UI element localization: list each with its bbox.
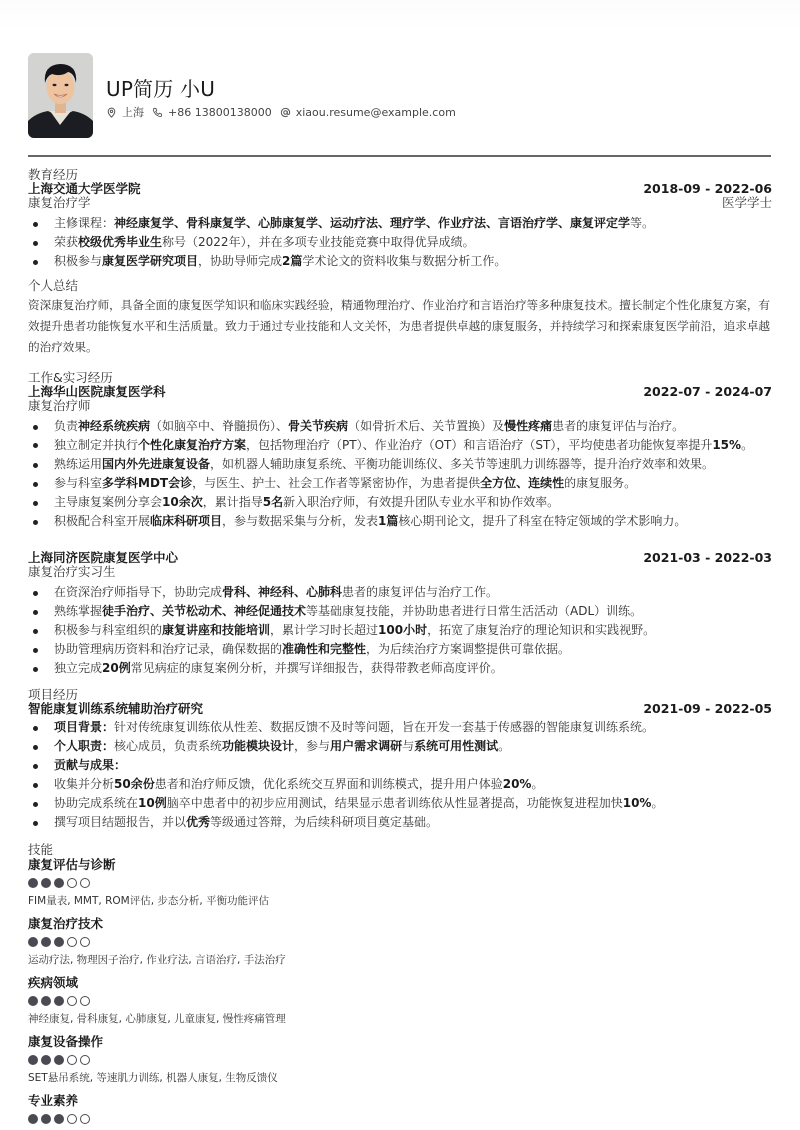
skills-section: 技能 康复评估与诊断FIM量表, MMT, ROM评估, 步态分析, 平衡功能评… bbox=[28, 843, 772, 1124]
bullet-item: 个人职责：核心成员，负责系统功能模块设计，参与用户需求调研与系统可用性测试。 bbox=[28, 737, 772, 756]
highlight-text: 1篇 bbox=[378, 514, 398, 528]
body-text: 参与科室 bbox=[54, 476, 102, 490]
bullet-item: 撰写项目结题报告，并以优秀等级通过答辩，为后续科研项目奠定基础。 bbox=[28, 813, 772, 832]
body-text: 针对传统康复训练依从性差、数据反馈不及时等问题，旨在开发一套基于传感器的智能康复… bbox=[114, 720, 654, 734]
contact-email: xiaou.resume@example.com bbox=[280, 106, 456, 119]
body-text: 荣获 bbox=[54, 235, 78, 249]
highlight-text: 神经康复学、骨科康复学、心肺康复学、运动疗法、理疗学、作业疗法、言语治疗学、康复… bbox=[114, 216, 630, 230]
body-text: 主导康复案例分享会 bbox=[54, 495, 162, 509]
body-text: 撰写项目结题报告，并以 bbox=[54, 815, 186, 829]
body-text: 熟练掌握 bbox=[54, 604, 102, 618]
bullet-item: 熟练掌握徒手治疗、关节松动术、神经促通技术等基础康复技能，并协助患者进行日常生活… bbox=[28, 602, 772, 621]
rating-dot-empty-icon bbox=[67, 996, 77, 1006]
bullet-item: 协助完成系统在10例脑卒中患者中的初步应用测试，结果显示患者训练依从性显著提高，… bbox=[28, 794, 772, 813]
rating-dot-empty-icon bbox=[80, 1114, 90, 1124]
bullet-item: 贡献与成果： bbox=[28, 756, 772, 775]
body-text: 与 bbox=[402, 739, 414, 753]
skill-item: 康复评估与诊断FIM量表, MMT, ROM评估, 步态分析, 平衡功能评估 bbox=[28, 857, 772, 908]
highlight-text: 15% bbox=[712, 438, 741, 452]
bullet-item: 负责神经系统疾病（如脑卒中、脊髓损伤）、骨关节疾病（如骨折术后、关节置换）及慢性… bbox=[28, 417, 772, 436]
highlight-text: 项目背景： bbox=[54, 720, 114, 734]
at-sign-icon bbox=[280, 107, 291, 118]
body-text: 负责 bbox=[54, 419, 78, 433]
skill-rating bbox=[28, 878, 772, 888]
rating-dot-filled-icon bbox=[28, 1114, 38, 1124]
body-text: ，如机器人辅助康复系统、平衡功能训练仪、多关节等速肌力训练器等，提升治疗效率和效… bbox=[210, 457, 714, 471]
highlight-text: 20例 bbox=[102, 661, 131, 675]
rating-dot-empty-icon bbox=[67, 878, 77, 888]
skill-name: 专业素养 bbox=[28, 1093, 772, 1109]
body-text: 核心期刊论文，提升了科室在特定领域的学术影响力。 bbox=[398, 514, 686, 528]
rating-dot-filled-icon bbox=[28, 878, 38, 888]
highlight-text: 骨关节疾病 bbox=[288, 419, 348, 433]
highlight-text: 全方位、连续性 bbox=[480, 476, 564, 490]
body-text: 。 bbox=[741, 438, 753, 452]
rating-dot-filled-icon bbox=[41, 937, 51, 947]
bullet-list: 主修课程：神经康复学、骨科康复学、心肺康复学、运动疗法、理疗学、作业疗法、言语治… bbox=[28, 214, 772, 271]
skill-name: 康复设备操作 bbox=[28, 1034, 772, 1050]
skill-detail: SET悬吊系统, 等速肌力训练, 机器人康复, 生物反馈仪 bbox=[28, 1071, 772, 1085]
location-text: 上海 bbox=[122, 104, 144, 120]
body-text: 。 bbox=[498, 739, 510, 753]
body-text: 核心成员，负责系统 bbox=[114, 739, 222, 753]
work-entry-2: 上海同济医院康复医学中心 2021-03 - 2022-03 康复治疗实习生 在… bbox=[28, 551, 772, 678]
skill-item: 康复设备操作SET悬吊系统, 等速肌力训练, 机器人康复, 生物反馈仪 bbox=[28, 1034, 772, 1085]
location-pin-icon bbox=[106, 107, 117, 118]
entry-header: 上海华山医院康复医学科 2022-07 - 2024-07 bbox=[28, 385, 772, 399]
skill-item: 专业素养 bbox=[28, 1093, 772, 1124]
highlight-text: 神经系统疾病 bbox=[78, 419, 150, 433]
degree: 医学学士 bbox=[722, 196, 772, 209]
rating-dot-filled-icon bbox=[28, 996, 38, 1006]
body-text: 积极配合科室开展 bbox=[54, 514, 150, 528]
highlight-text: 20% bbox=[503, 777, 532, 791]
highlight-text: 慢性疼痛 bbox=[504, 419, 552, 433]
body-text: 新入职治疗师，有效提升团队专业水平和协作效率。 bbox=[283, 495, 559, 509]
section-title: 个人总结 bbox=[28, 279, 772, 293]
rating-dot-filled-icon bbox=[41, 878, 51, 888]
highlight-text: 10例 bbox=[138, 796, 167, 810]
skills-list: 康复评估与诊断FIM量表, MMT, ROM评估, 步态分析, 平衡功能评估康复… bbox=[28, 857, 772, 1124]
highlight-text: 贡献与成果： bbox=[54, 758, 126, 772]
rating-dot-filled-icon bbox=[54, 1114, 64, 1124]
section-title: 项目经历 bbox=[28, 688, 772, 702]
body-text: （如脑卒中、脊髓损伤）、 bbox=[150, 419, 288, 433]
body-text: ，为后续治疗方案调整提供可靠依据。 bbox=[366, 642, 570, 656]
body-text: 协助完成系统在 bbox=[54, 796, 138, 810]
highlight-text: 100小时 bbox=[378, 623, 427, 637]
header-divider bbox=[28, 155, 771, 157]
skill-detail: FIM量表, MMT, ROM评估, 步态分析, 平衡功能评估 bbox=[28, 894, 772, 908]
rating-dot-filled-icon bbox=[28, 1055, 38, 1065]
highlight-text: 骨科、神经科、心肺科 bbox=[222, 585, 342, 599]
email-text: xiaou.resume@example.com bbox=[296, 106, 456, 119]
phone-icon bbox=[152, 107, 163, 118]
bullet-item: 协助管理病历资料和治疗记录，确保数据的准确性和完整性，为后续治疗方案调整提供可靠… bbox=[28, 640, 772, 659]
skill-item: 疾病领域神经康复, 骨科康复, 心肺康复, 儿童康复, 慢性疼痛管理 bbox=[28, 975, 772, 1026]
highlight-text: 国内外先进康复设备 bbox=[102, 457, 210, 471]
job-title: 康复治疗师 bbox=[28, 399, 772, 412]
rating-dot-empty-icon bbox=[80, 996, 90, 1006]
body-text: 独立完成 bbox=[54, 661, 102, 675]
bullet-item: 独立制定并执行个性化康复治疗方案，包括物理治疗（PT）、作业治疗（OT）和言语治… bbox=[28, 436, 772, 455]
body-text: 主修课程： bbox=[54, 216, 114, 230]
candidate-name: UP简历 小U bbox=[106, 73, 215, 102]
skill-name: 康复治疗技术 bbox=[28, 916, 772, 932]
bullet-list: 在资深治疗师指导下，协助完成骨科、神经科、心肺科患者的康复评估与治疗工作。熟练掌… bbox=[28, 583, 772, 678]
body-text: 的康复服务。 bbox=[564, 476, 636, 490]
body-text: ，参与 bbox=[294, 739, 330, 753]
rating-dot-filled-icon bbox=[54, 996, 64, 1006]
job-title: 康复治疗实习生 bbox=[28, 565, 772, 578]
body-text: ，拓宽了康复治疗的理论知识和实践视野。 bbox=[427, 623, 655, 637]
body-text: 独立制定并执行 bbox=[54, 438, 138, 452]
body-text: ，累计指导 bbox=[203, 495, 263, 509]
body-text: 。 bbox=[531, 777, 543, 791]
highlight-text: 徒手治疗、关节松动术、神经促通技术 bbox=[102, 604, 306, 618]
body-text: 学术论文的资料收集与数据分析工作。 bbox=[302, 254, 506, 268]
body-text: ，与医生、护士、社会工作者等紧密协作，为患者提供 bbox=[192, 476, 480, 490]
skill-rating bbox=[28, 1114, 772, 1124]
skill-rating bbox=[28, 1055, 772, 1065]
entry-header: 上海交通大学医学院 2018-09 - 2022-06 bbox=[28, 182, 772, 196]
highlight-text: 校级优秀毕业生 bbox=[78, 235, 162, 249]
highlight-text: 用户需求调研 bbox=[330, 739, 402, 753]
rating-dot-empty-icon bbox=[67, 1055, 77, 1065]
section-title: 工作&实习经历 bbox=[28, 371, 772, 385]
entry-date: 2021-03 - 2022-03 bbox=[643, 551, 772, 565]
highlight-text: 系统可用性测试 bbox=[414, 739, 498, 753]
body-text: 等。 bbox=[630, 216, 654, 230]
rating-dot-filled-icon bbox=[28, 937, 38, 947]
profile-photo bbox=[28, 53, 93, 138]
skill-rating bbox=[28, 996, 772, 1006]
skill-name: 疾病领域 bbox=[28, 975, 772, 991]
bullet-item: 参与科室多学科MDT会诊，与医生、护士、社会工作者等紧密协作，为患者提供全方位、… bbox=[28, 474, 772, 493]
skill-item: 康复治疗技术运动疗法, 物理因子治疗, 作业疗法, 言语治疗, 手法治疗 bbox=[28, 916, 772, 967]
rating-dot-filled-icon bbox=[41, 1055, 51, 1065]
body-text: 患者的康复评估与治疗。 bbox=[552, 419, 684, 433]
body-text: ，累计学习时长超过 bbox=[270, 623, 378, 637]
highlight-text: 50余份 bbox=[114, 777, 155, 791]
bullet-item: 主导康复案例分享会10余次，累计指导5名新入职治疗师，有效提升团队专业水平和协作… bbox=[28, 493, 772, 512]
body-text: 协助管理病历资料和治疗记录，确保数据的 bbox=[54, 642, 282, 656]
rating-dot-empty-icon bbox=[67, 937, 77, 947]
summary-section: 个人总结 资深康复治疗师，具备全面的康复医学知识和临床实践经验，精通物理治疗、作… bbox=[28, 279, 772, 358]
body-text: 收集并分析 bbox=[54, 777, 114, 791]
rating-dot-empty-icon bbox=[67, 1114, 77, 1124]
entry-subheader: 康复治疗师 bbox=[28, 399, 772, 413]
bullet-item: 主修课程：神经康复学、骨科康复学、心肺康复学、运动疗法、理疗学、作业疗法、言语治… bbox=[28, 214, 772, 233]
highlight-text: 10余次 bbox=[162, 495, 203, 509]
highlight-text: 康复医学研究项目 bbox=[102, 254, 198, 268]
body-text: ，协助导师完成 bbox=[198, 254, 282, 268]
rating-dot-filled-icon bbox=[54, 937, 64, 947]
bullet-item: 在资深治疗师指导下，协助完成骨科、神经科、心肺科患者的康复评估与治疗工作。 bbox=[28, 583, 772, 602]
body-text: （如骨折术后、关节置换）及 bbox=[348, 419, 504, 433]
entry-subheader: 康复治疗实习生 bbox=[28, 565, 772, 579]
rating-dot-filled-icon bbox=[41, 996, 51, 1006]
bullet-item: 积极配合科室开展临床科研项目，参与数据采集与分析，发表1篇核心期刊论文，提升了科… bbox=[28, 512, 772, 531]
highlight-text: 优秀 bbox=[186, 815, 210, 829]
skill-detail: 神经康复, 骨科康复, 心肺康复, 儿童康复, 慢性疼痛管理 bbox=[28, 1012, 772, 1026]
rating-dot-filled-icon bbox=[41, 1114, 51, 1124]
rating-dot-filled-icon bbox=[54, 878, 64, 888]
section-title: 教育经历 bbox=[28, 168, 772, 182]
bullet-item: 积极参与康复医学研究项目，协助导师完成2篇学术论文的资料收集与数据分析工作。 bbox=[28, 252, 772, 271]
entry-date: 2022-07 - 2024-07 bbox=[643, 385, 772, 399]
highlight-text: 5名 bbox=[263, 495, 283, 509]
body-text: 。 bbox=[651, 796, 663, 810]
body-text: 积极参与科室组织的 bbox=[54, 623, 162, 637]
body-text: 患者和治疗师反馈，优化系统交互界面和训练模式，提升用户体验 bbox=[155, 777, 503, 791]
body-text: 患者的康复评估与治疗工作。 bbox=[342, 585, 498, 599]
major: 康复治疗学 bbox=[28, 196, 772, 209]
highlight-text: 准确性和完整性 bbox=[282, 642, 366, 656]
body-text: 等基础康复技能，并协助患者进行日常生活活动（ADL）训练。 bbox=[306, 604, 642, 618]
body-text: 脑卒中患者中的初步应用测试，结果显示患者训练依从性显著提高，功能恢复进程加快 bbox=[167, 796, 623, 810]
highlight-text: 10% bbox=[623, 796, 652, 810]
body-text: 常见病症的康复案例分析，并撰写详细报告，获得带教老师高度评价。 bbox=[131, 661, 503, 675]
highlight-text: 功能模块设计 bbox=[222, 739, 294, 753]
highlight-text: 康复讲座和技能培训 bbox=[162, 623, 270, 637]
bullet-item: 项目背景：针对传统康复训练依从性差、数据反馈不及时等问题，旨在开发一套基于传感器… bbox=[28, 718, 772, 737]
highlight-text: 临床科研项目 bbox=[150, 514, 222, 528]
skill-rating bbox=[28, 937, 772, 947]
body-text: 积极参与 bbox=[54, 254, 102, 268]
entry-subheader: 康复治疗学 医学学士 bbox=[28, 196, 772, 210]
body-text: 称号（2022年），并在多项专业技能竞赛中取得优异成绩。 bbox=[162, 235, 475, 249]
entry-date: 2018-09 - 2022-06 bbox=[643, 182, 772, 196]
contact-line: 上海 +86 13800138000 xiaou.resume@example.… bbox=[106, 104, 464, 120]
body-text: ，包括物理治疗（PT）、作业治疗（OT）和言语治疗（ST），平均使患者功能恢复率… bbox=[246, 438, 712, 452]
bullet-item: 熟练运用国内外先进康复设备，如机器人辅助康复系统、平衡功能训练仪、多关节等速肌力… bbox=[28, 455, 772, 474]
projects-section: 项目经历 智能康复训练系统辅助治疗研究 2021-09 - 2022-05 项目… bbox=[28, 688, 772, 832]
bullet-item: 收集并分析50余份患者和治疗师反馈，优化系统交互界面和训练模式，提升用户体验20… bbox=[28, 775, 772, 794]
phone-text: +86 13800138000 bbox=[168, 106, 272, 119]
entry-header: 智能康复训练系统辅助治疗研究 2021-09 - 2022-05 bbox=[28, 702, 772, 716]
top-fade bbox=[0, 0, 800, 30]
entry-date: 2021-09 - 2022-05 bbox=[643, 702, 772, 716]
section-title: 技能 bbox=[28, 843, 772, 857]
contact-phone: +86 13800138000 bbox=[152, 106, 272, 119]
skill-name: 康复评估与诊断 bbox=[28, 857, 772, 873]
body-text: ，参与数据采集与分析，发表 bbox=[222, 514, 378, 528]
bullet-item: 荣获校级优秀毕业生称号（2022年），并在多项专业技能竞赛中取得优异成绩。 bbox=[28, 233, 772, 252]
highlight-text: 多学科MDT会诊 bbox=[102, 476, 192, 490]
skill-detail: 运动疗法, 物理因子治疗, 作业疗法, 言语治疗, 手法治疗 bbox=[28, 953, 772, 967]
bullet-item: 独立完成20例常见病症的康复案例分析，并撰写详细报告，获得带教老师高度评价。 bbox=[28, 659, 772, 678]
body-text: 等级通过答辩，为后续科研项目奠定基础。 bbox=[210, 815, 438, 829]
bullet-item: 积极参与科室组织的康复讲座和技能培训，累计学习时长超过100小时，拓宽了康复治疗… bbox=[28, 621, 772, 640]
highlight-text: 个性化康复治疗方案 bbox=[138, 438, 246, 452]
entry-header: 上海同济医院康复医学中心 2021-03 - 2022-03 bbox=[28, 551, 772, 565]
rating-dot-filled-icon bbox=[54, 1055, 64, 1065]
bullet-list: 项目背景：针对传统康复训练依从性差、数据反馈不及时等问题，旨在开发一套基于传感器… bbox=[28, 718, 772, 832]
resume-header: UP简历 小U 上海 +86 13800138000 xiaou.resume@… bbox=[28, 53, 772, 139]
education-section: 教育经历 上海交通大学医学院 2018-09 - 2022-06 康复治疗学 医… bbox=[28, 168, 772, 271]
body-text: 熟练运用 bbox=[54, 457, 102, 471]
contact-location: 上海 bbox=[106, 104, 144, 120]
body-text: 在资深治疗师指导下，协助完成 bbox=[54, 585, 222, 599]
rating-dot-empty-icon bbox=[80, 937, 90, 947]
summary-text: 资深康复治疗师，具备全面的康复医学知识和临床实践经验，精通物理治疗、作业治疗和言… bbox=[28, 295, 772, 358]
rating-dot-empty-icon bbox=[80, 1055, 90, 1065]
highlight-text: 个人职责： bbox=[54, 739, 114, 753]
bullet-list: 负责神经系统疾病（如脑卒中、脊髓损伤）、骨关节疾病（如骨折术后、关节置换）及慢性… bbox=[28, 417, 772, 531]
work-section: 工作&实习经历 上海华山医院康复医学科 2022-07 - 2024-07 康复… bbox=[28, 371, 772, 531]
highlight-text: 2篇 bbox=[282, 254, 302, 268]
rating-dot-empty-icon bbox=[80, 878, 90, 888]
